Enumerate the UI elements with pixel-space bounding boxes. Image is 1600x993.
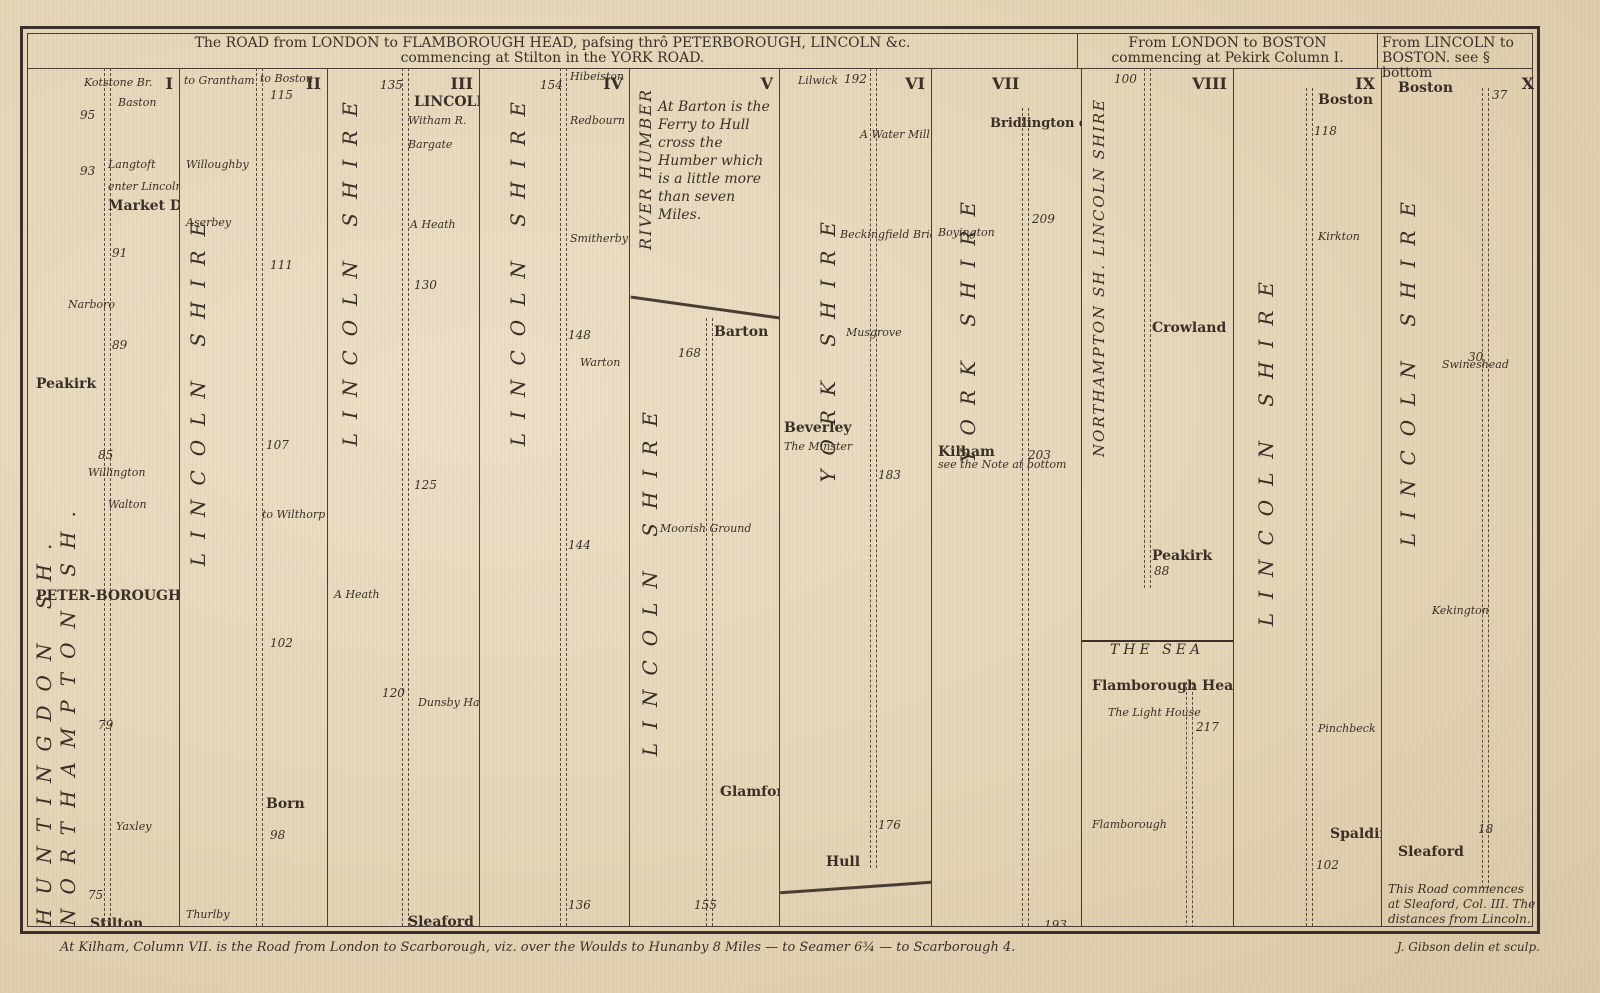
town-label: Hull <box>826 854 860 870</box>
place-label: A Water Mill <box>860 128 930 141</box>
strip-column-5: V RIVER HUMBER At Barton is the Ferry to… <box>630 68 780 926</box>
place-label: Flamborough <box>1092 818 1167 831</box>
place-label: Hibeiston <box>570 70 624 83</box>
road-path <box>1144 68 1151 588</box>
sleaford-note: This Road commences at Sleaford, Col. II… <box>1388 882 1538 926</box>
place-label: The Minster <box>784 440 852 453</box>
milestone: 203 <box>1028 448 1051 462</box>
county-label: LINCOLN SHIRE <box>506 88 530 446</box>
road-path <box>1482 88 1489 888</box>
milestone: 130 <box>414 278 437 292</box>
county-label: NORTHAMPTON SH. LINCOLN SHIRE <box>1090 98 1108 457</box>
town-label: Barton <box>714 324 768 340</box>
ferry-note: At Barton is the Ferry to Hull cross the… <box>658 98 774 224</box>
place-label: Warton <box>580 356 620 369</box>
milestone: 102 <box>1316 858 1339 872</box>
place-label: to Wilthorp <box>262 508 325 521</box>
town-label: Bridlington or Burlington <box>990 116 1082 131</box>
place-label: Willington <box>88 466 145 479</box>
milestone: 192 <box>844 72 867 86</box>
town-label: Born <box>266 796 305 812</box>
place-label: to Grantham <box>184 74 255 87</box>
lincoln-route-title: From LINCOLN to BOSTON. see § bottom <box>1378 34 1538 68</box>
county-label: LINCOLN SHIRE <box>186 208 210 566</box>
place-label: Narboro <box>68 298 115 311</box>
place-label: Smitherby <box>570 232 628 245</box>
place-label: Kekington <box>1432 604 1489 617</box>
road-path <box>1022 108 1029 926</box>
town-label: Market Deeping <box>108 198 180 214</box>
town-label: Peakirk <box>1152 548 1212 564</box>
road-path <box>1186 682 1193 926</box>
place-label: A Heath <box>334 588 380 601</box>
county-label: LINCOLN SHIRE <box>638 398 662 756</box>
strip-column-8: VIII NORTHAMPTON SH. LINCOLN SHIRE Crowl… <box>1082 68 1234 926</box>
milestone: 95 <box>80 108 95 122</box>
milestone: 30 <box>1468 350 1483 364</box>
town-label: Peakirk <box>36 376 96 392</box>
town-label: Beverley <box>784 420 852 436</box>
place-label: Walton <box>108 498 147 511</box>
road-path <box>560 68 567 926</box>
milestone: 217 <box>1196 720 1219 734</box>
milestone: 176 <box>878 818 901 832</box>
column-numeral: X <box>1522 74 1534 93</box>
place-label: Pinchbeck <box>1318 722 1376 735</box>
strip-column-2: II LINCOLN SHIRE to Grantham to Boston W… <box>180 68 328 926</box>
milestone: 88 <box>1154 564 1169 578</box>
milestone: 98 <box>270 828 285 842</box>
town-label: Boston <box>1318 92 1373 108</box>
milestone: 111 <box>270 258 293 272</box>
milestone: 79 <box>98 718 113 732</box>
road-path <box>256 68 263 926</box>
milestone: 102 <box>270 636 293 650</box>
milestone: 18 <box>1478 822 1493 836</box>
place-label: Langtoft <box>108 158 156 171</box>
main-title-line-1: The ROAD from LONDON to FLAMBOROUGH HEAD… <box>28 36 1077 51</box>
main-title: The ROAD from LONDON to FLAMBOROUGH HEAD… <box>28 34 1078 68</box>
milestone: 125 <box>414 478 437 492</box>
town-label: Stilton <box>90 916 143 926</box>
boston-title-line-1: From LONDON to BOSTON <box>1078 36 1377 51</box>
county-label: LINCOLN SHIRE <box>338 88 362 446</box>
place-label: Willoughby <box>186 158 249 171</box>
place-label: Beckingfield Bridge <box>840 228 932 241</box>
milestone: 85 <box>98 448 113 462</box>
strip-column-4: IV LINCOLN SHIRE Hibeiston Redbourn Smit… <box>480 68 630 926</box>
place-label: Boyington <box>938 226 995 239</box>
column-numeral: V <box>761 74 773 93</box>
place-label: Kotstone Br. <box>84 76 152 89</box>
county-label: HUNTINGDON SH. NORTHAMPTON SH. <box>32 248 80 926</box>
milestone: 168 <box>678 346 701 360</box>
strip-column-3: III LINCOLN SHIRE LINCOLN Sleaford Witha… <box>328 68 480 926</box>
milestone: 89 <box>112 338 127 352</box>
milestone: 136 <box>568 898 591 912</box>
milestone: 115 <box>270 88 293 102</box>
lincoln-title-line-1: From LINCOLN to <box>1382 36 1538 51</box>
place-label: Witham R. <box>408 114 466 127</box>
town-label: Glamford Bridge's <box>720 784 780 800</box>
boston-title-line-2: commencing at Pekirk Column I. <box>1078 51 1377 66</box>
place-label: Lilwick <box>798 74 838 87</box>
river-humber-label: RIVER HUMBER <box>636 88 655 250</box>
milestone: 100 <box>1114 72 1137 86</box>
place-label: Thurlby <box>186 908 230 921</box>
road-path <box>870 68 877 868</box>
town-label: Boston <box>1398 80 1453 96</box>
place-label: Dunsby Hall <box>418 696 480 709</box>
strip-column-10: X LINCOLN SHIRE Boston Sleaford Swineshe… <box>1382 68 1540 926</box>
place-label: A Heath <box>410 218 456 231</box>
place-label: Baston <box>118 96 156 109</box>
column-numeral: III <box>451 74 473 93</box>
map-inner-frame: The ROAD from LONDON to FLAMBOROUGH HEAD… <box>27 33 1533 927</box>
road-path <box>706 318 713 926</box>
town-label: Spalding <box>1330 826 1382 842</box>
place-label: to Boston <box>260 72 313 85</box>
place-label: Redbourn <box>570 114 625 127</box>
kilham-footnote: At Kilham, Column VII. is the Road from … <box>60 940 1015 955</box>
column-numeral: VIII <box>1192 74 1227 93</box>
road-path <box>104 68 111 926</box>
milestone: 135 <box>380 78 403 92</box>
milestone: 148 <box>568 328 591 342</box>
place-label: Moorish Ground <box>660 522 751 535</box>
milestone: 93 <box>80 164 95 178</box>
town-label: Crowland <box>1152 320 1226 336</box>
place-label: Aserbey <box>186 216 231 229</box>
milestone: 75 <box>88 888 103 902</box>
engraver-credit: J. Gibson delin et sculp. <box>1397 940 1540 954</box>
county-label: LINCOLN SHIRE <box>1396 188 1420 546</box>
strip-column-1: I HUNTINGDON SH. NORTHAMPTON SH. Market … <box>28 68 180 926</box>
road-path <box>402 68 409 926</box>
strip-column-6: VI YORK SHIRE Lilwick A Water Mill Bever… <box>780 68 932 926</box>
milestone: 154 <box>540 78 563 92</box>
road-path <box>1306 88 1313 926</box>
title-bar: The ROAD from LONDON to FLAMBOROUGH HEAD… <box>28 34 1532 69</box>
column-numeral: VII <box>992 74 1019 93</box>
sea-label: THE SEA <box>1082 642 1232 658</box>
milestone: 193 <box>1044 918 1067 926</box>
town-label: Sleaford <box>1398 844 1464 860</box>
town-label: Flamborough Head <box>1092 678 1234 694</box>
county-label: LINCOLN SHIRE <box>1254 268 1278 626</box>
humber-shoreline <box>780 881 932 895</box>
column-numeral: IX <box>1355 74 1375 93</box>
place-label: Bargate <box>408 138 452 151</box>
map-frame: The ROAD from LONDON to FLAMBOROUGH HEAD… <box>20 26 1540 934</box>
milestone: 144 <box>568 538 591 552</box>
strip-column-7: VII YORK SHIRE Bridlington or Burlington… <box>932 68 1082 926</box>
boston-route-title: From LONDON to BOSTON commencing at Peki… <box>1078 34 1378 68</box>
main-title-line-2: commencing at Stilton in the YORK ROAD. <box>28 51 1077 66</box>
milestone: 183 <box>878 468 901 482</box>
milestone: 120 <box>382 686 405 700</box>
flamborough-inset: THE SEA Flamborough Head The Light House… <box>1082 640 1234 926</box>
milestone: 155 <box>694 898 717 912</box>
place-label: Musgrove <box>846 326 902 339</box>
place-label: enter Lincoln Sh. <box>108 180 180 193</box>
milestone: 107 <box>266 438 289 452</box>
column-numeral: I <box>166 74 173 93</box>
strip-column-9: LINCOLN SHIRE IX Boston Spalding Kirkton… <box>1234 68 1382 926</box>
place-label: Yaxley <box>116 820 151 833</box>
column-numeral: VI <box>905 74 925 93</box>
milestone: 118 <box>1314 124 1337 138</box>
town-label: LINCOLN <box>414 94 480 110</box>
milestone: 37 <box>1492 88 1507 102</box>
humber-shoreline <box>631 296 780 320</box>
place-label: Kirkton <box>1318 230 1360 243</box>
milestone: 209 <box>1032 212 1055 226</box>
town-label: Sleaford <box>408 914 474 926</box>
town-label: PETER-BOROUGH <box>36 588 180 604</box>
milestone: 91 <box>112 246 127 260</box>
